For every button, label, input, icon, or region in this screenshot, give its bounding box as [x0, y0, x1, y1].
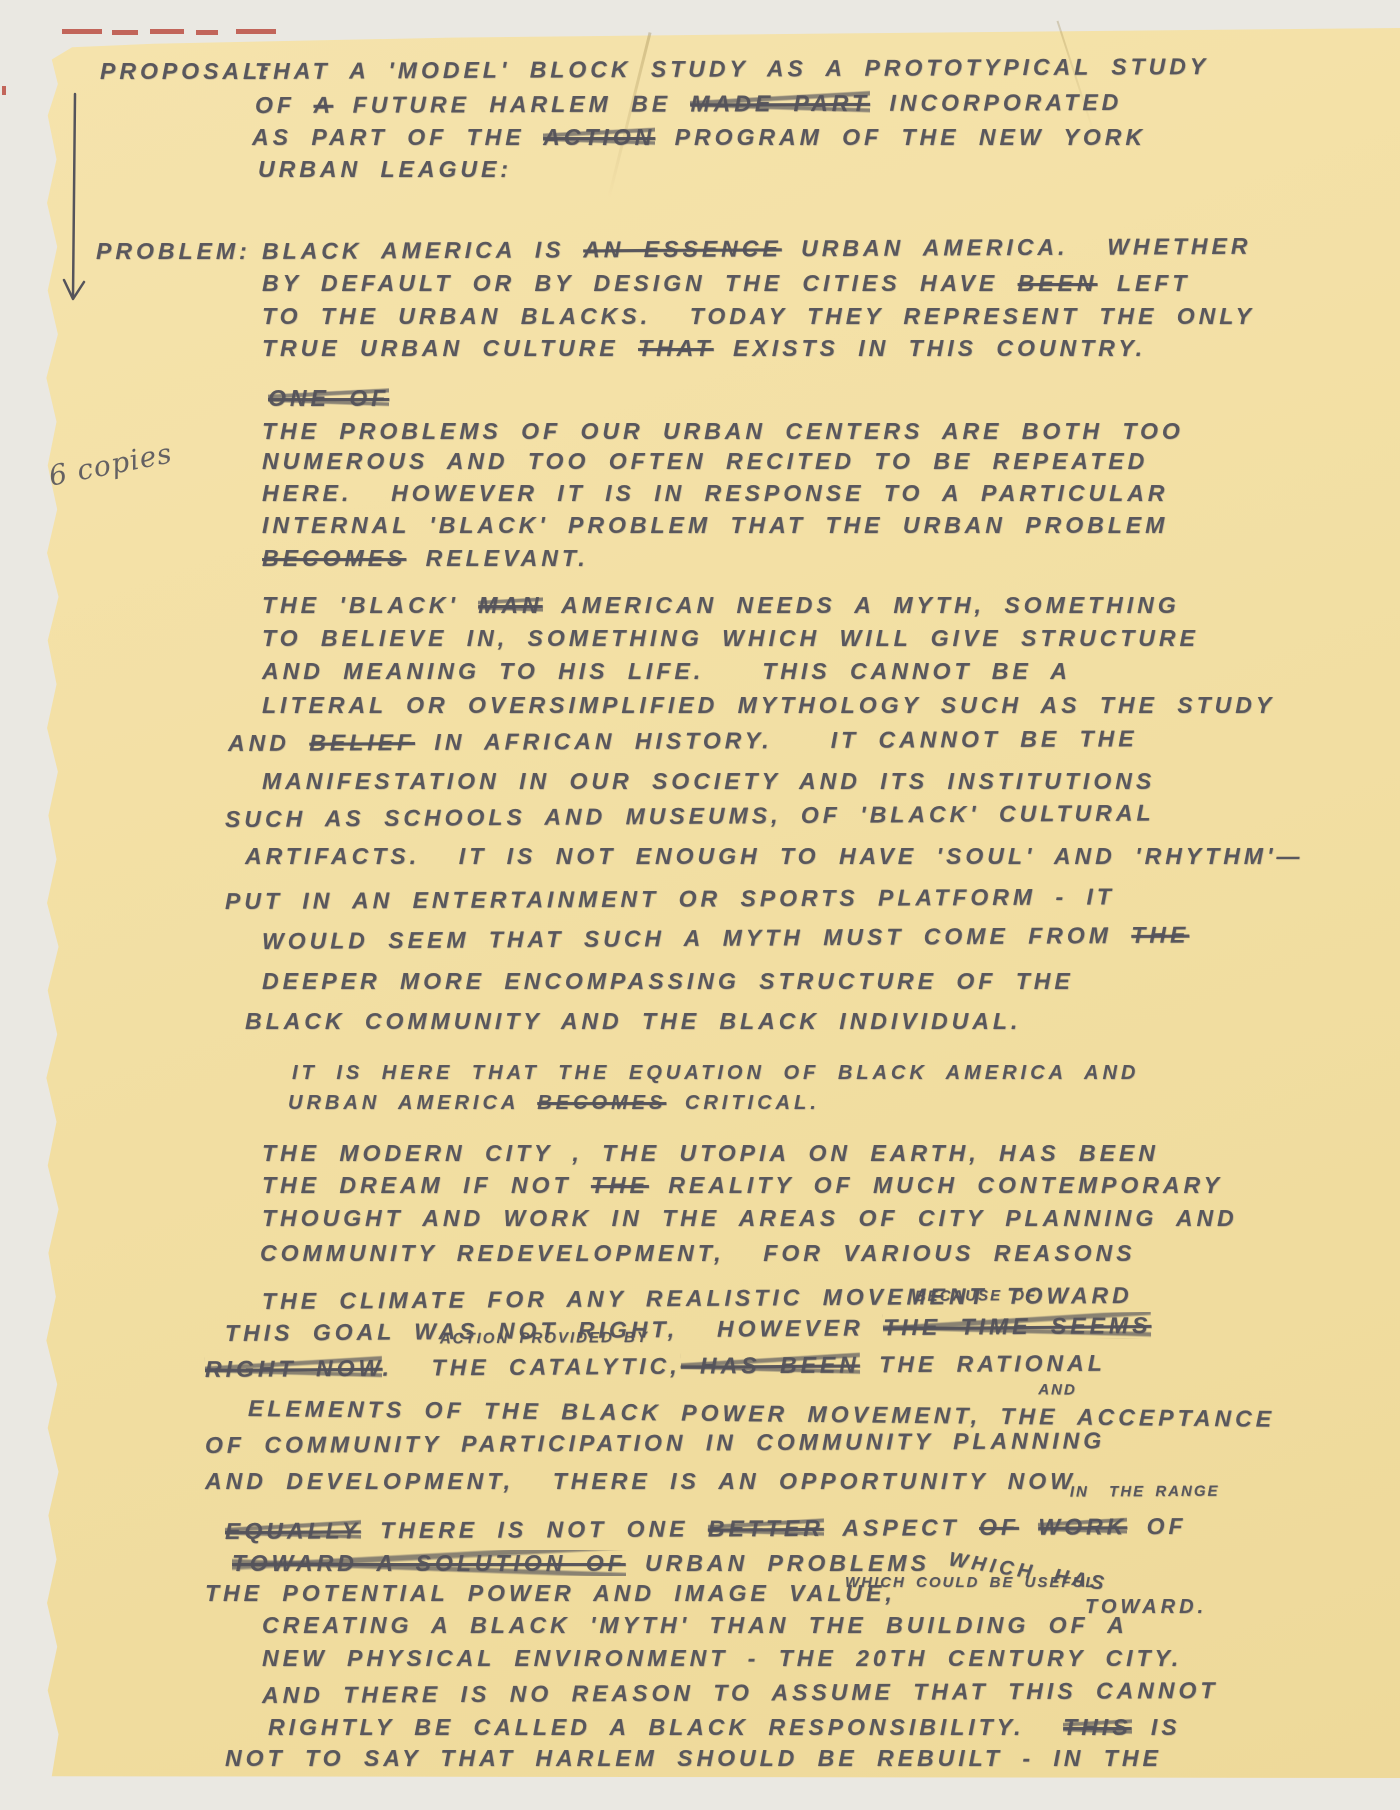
handwritten-line: NEW PHYSICAL ENVIRONMENT - THE 20TH CENT… — [262, 1645, 1182, 1675]
handwritten-line: EQUALLY THERE IS NOT ONE BETTER ASPECT O… — [225, 1513, 1187, 1548]
handwritten-line: THE 'BLACK' MAN AMERICAN NEEDS A MYTH, S… — [262, 592, 1180, 622]
handwritten-line: BLACK AMERICA IS AN ESSENCE URBAN AMERIC… — [262, 233, 1252, 268]
handwritten-line: OF COMMUNITY PARTICIPATION IN COMMUNITY … — [205, 1427, 1105, 1462]
handwritten-line: OF A FUTURE HARLEM BE MADE PART INCORPOR… — [255, 89, 1122, 122]
handwritten-line: LITERAL OR OVERSIMPLIFIED MYTHOLOGY SUCH… — [262, 692, 1275, 722]
handwritten-line: URBAN LEAGUE: — [258, 156, 512, 186]
handwritten-line: IT IS HERE THAT THE EQUATION OF BLACK AM… — [292, 1062, 1139, 1092]
handwritten-line: MANIFESTATION IN OUR SOCIETY AND ITS INS… — [262, 768, 1155, 798]
problem-label: PROBLEM: — [96, 238, 251, 268]
handwritten-line: CREATING A BLACK 'MYTH' THAN THE BUILDIN… — [262, 1612, 1128, 1642]
handwritten-line: RIGHT NOW. THE CATALYTIC, HAS BEEN THE R… — [205, 1350, 1106, 1386]
handwritten-line: TO BELIEVE IN, SOMETHING WHICH WILL GIVE… — [262, 625, 1199, 655]
down-arrow-icon — [58, 92, 92, 322]
handwritten-line: ONE OF — [268, 385, 389, 415]
red-edge-mark — [150, 29, 184, 34]
handwritten-line: URBAN AMERICA BECOMES CRITICAL. — [288, 1092, 820, 1122]
red-edge-mark — [236, 29, 276, 34]
handwritten-line: AND MEANING TO HIS LIFE. THIS CANNOT BE … — [262, 658, 1071, 688]
handwritten-line: DEEPER MORE ENCOMPASSING STRUCTURE OF TH… — [262, 968, 1074, 998]
handwritten-line: THE POTENTIAL POWER AND IMAGE VALUE,WHIC… — [205, 1580, 896, 1610]
handwritten-line: BLACK COMMUNITY AND THE BLACK INDIVIDUAL… — [245, 1008, 1021, 1038]
handwritten-line: THOUGHT AND WORK IN THE AREAS OF CITY PL… — [262, 1205, 1238, 1235]
handwritten-line: THE PROBLEMS OF OUR URBAN CENTERS ARE BO… — [262, 418, 1184, 448]
handwritten-line: INTERNAL 'BLACK' PROBLEM THAT THE URBAN … — [262, 512, 1168, 542]
handwritten-line: AND DEVELOPMENT, THERE IS AN OPPORTUNITY… — [205, 1468, 1076, 1498]
handwritten-line: PUT IN AN ENTERTAINMENT OR SPORTS PLATFO… — [225, 883, 1115, 918]
handwritten-line: AS PART OF THE ACTION PROGRAM OF THE NEW… — [252, 124, 1146, 154]
handwritten-line: AND BELIEF IN AFRICAN HISTORY. IT CANNOT… — [228, 725, 1138, 760]
handwritten-line: THE MODERN CITY , THE UTOPIA ON EARTH, H… — [262, 1140, 1159, 1170]
red-edge-mark — [62, 29, 102, 34]
handwritten-line: TRUE URBAN CULTURE THAT EXISTS IN THIS C… — [262, 335, 1146, 365]
handwritten-line: HERE. HOWEVER IT IS IN RESPONSE TO A PAR… — [262, 480, 1168, 510]
red-edge-mark — [2, 86, 6, 95]
red-edge-mark — [196, 30, 218, 35]
handwritten-line: BY DEFAULT OR BY DESIGN THE CITIES HAVE … — [262, 270, 1190, 300]
handwritten-line: COMMUNITY REDEVELOPMENT, FOR VARIOUS REA… — [260, 1240, 1135, 1270]
handwritten-line: ARTIFACTS. IT IS NOT ENOUGH TO HAVE 'SOU… — [245, 843, 1303, 873]
proposal-label: PROPOSAL: — [100, 58, 273, 88]
handwritten-line: RIGHTLY BE CALLED A BLACK RESPONSIBILITY… — [268, 1714, 1181, 1744]
handwritten-line: THAT A 'MODEL' BLOCK STUDY AS A PROTOTYP… — [255, 53, 1209, 88]
handwritten-line: THE DREAM IF NOT THE REALITY OF MUCH CON… — [262, 1172, 1223, 1202]
handwritten-line: BECOMES RELEVANT. — [262, 545, 589, 575]
handwritten-line: NUMEROUS AND TOO OFTEN RECITED TO BE REP… — [262, 448, 1148, 478]
red-edge-mark — [112, 30, 138, 35]
handwritten-line: AND THERE IS NO REASON TO ASSUME THAT TH… — [262, 1677, 1219, 1712]
handwritten-line: NOT TO SAY THAT HARLEM SHOULD BE REBUILT… — [225, 1745, 1162, 1775]
handwritten-line: TO THE URBAN BLACKS. TODAY THEY REPRESEN… — [262, 303, 1255, 333]
